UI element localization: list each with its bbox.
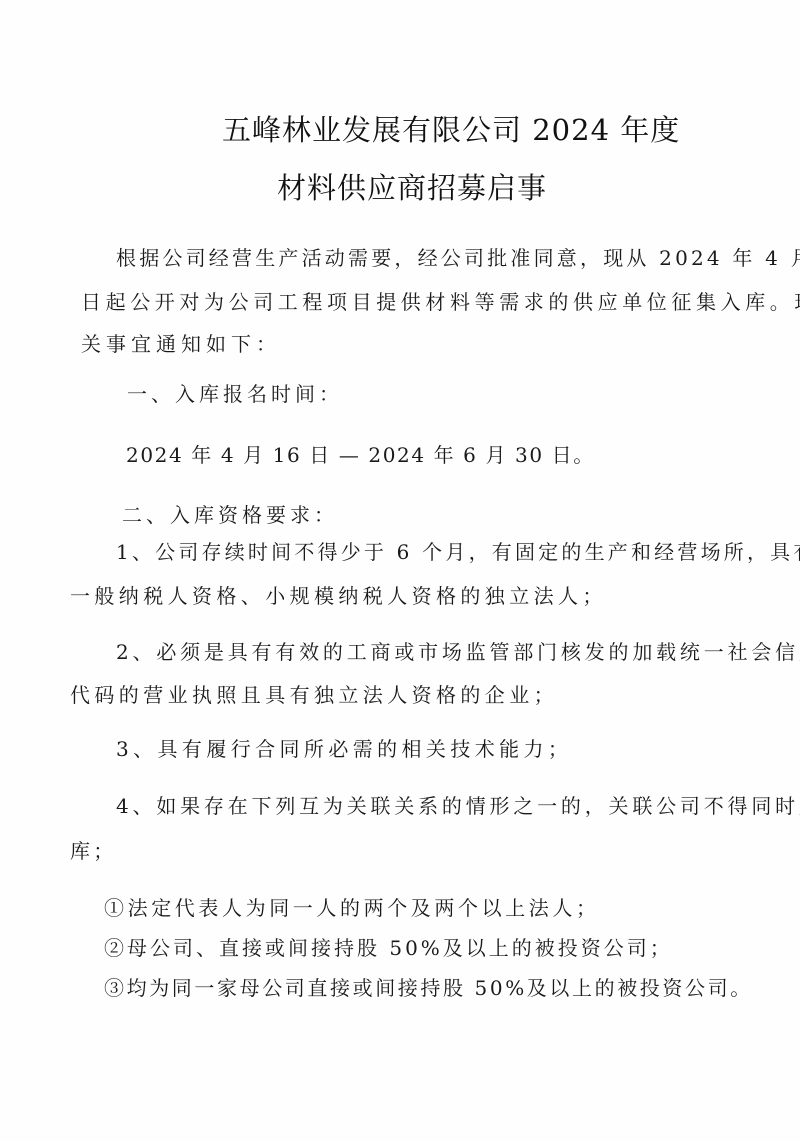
related-party-item-1: ①法定代表人为同一人的两个及两个以上法人；: [104, 896, 600, 920]
related-party-item-3: ③均为同一家母公司直接或间接持股 50%及以上的被投资公司。: [104, 976, 753, 1000]
section2-heading: 二、入库资格要求：: [122, 503, 338, 527]
requirement-4-line1: 4、如果存在下列互为关联关系的情形之一的，关联公司不得同时入: [116, 794, 800, 818]
document-page: 五峰林业发展有限公司 2024 年度 材料供应商招募启事 根据公司经营生产活动需…: [0, 0, 800, 1142]
intro-paragraph-line1: 根据公司经营生产活动需要，经公司批准同意，现从 2024 年 4 月 16: [116, 246, 800, 270]
related-party-item-2: ②母公司、直接或间接持股 50%及以上的被投资公司；: [104, 936, 673, 960]
intro-paragraph-line2: 日起公开对为公司工程项目提供材料等需求的供应单位征集入库。现将有: [81, 290, 800, 314]
requirement-1-line1: 1、公司存续时间不得少于 6 个月，有固定的生产和经营场所，具有: [116, 540, 800, 564]
requirement-1-line2: 一般纳税人资格、小规模纳税人资格的独立法人；: [70, 584, 607, 608]
document-title-line2: 材料供应商招募启事: [277, 171, 547, 205]
requirement-3: 3、具有履行合同所必需的相关技术能力；: [116, 737, 572, 761]
section1-date-range: 2024 年 4 月 16 日 — 2024 年 6 月 30 日。: [126, 443, 595, 467]
requirement-2-line2: 代码的营业执照且具有独立法人资格的企业；: [70, 683, 558, 707]
intro-paragraph-line3: 关事宜通知如下：: [81, 332, 281, 356]
document-title-line1: 五峰林业发展有限公司 2024 年度: [222, 113, 680, 147]
requirement-2-line1: 2、必须是具有有效的工商或市场监管部门核发的加载统一社会信用: [116, 640, 800, 664]
requirement-4-line2: 库；: [70, 839, 116, 863]
section1-heading: 一、入库报名时间：: [127, 382, 343, 406]
